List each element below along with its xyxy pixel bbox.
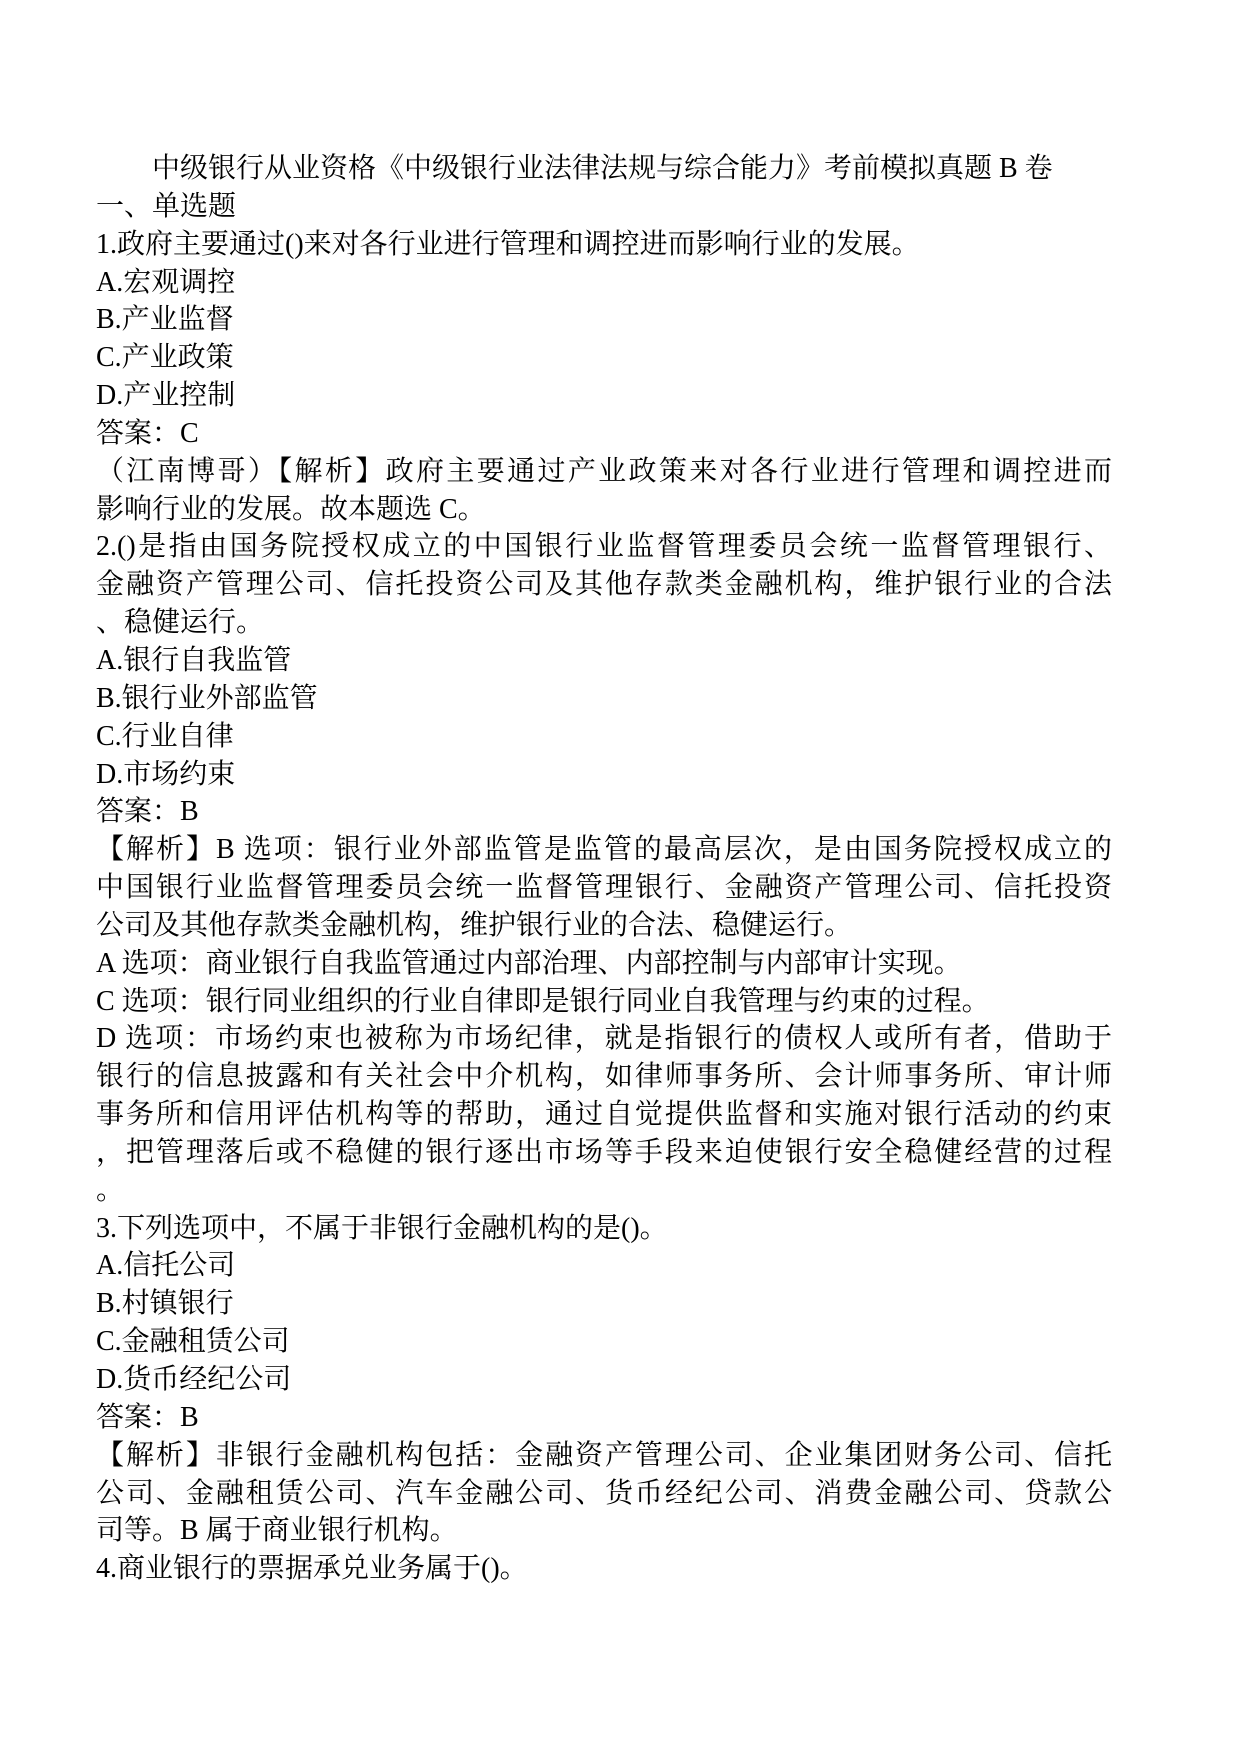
option-line: B.银行业外部监管 — [96, 680, 1112, 718]
explanation-line: 中国银行业监督管理委员会统一监督管理银行、金融资产管理公司、信托投资 — [96, 869, 1112, 907]
explanation-line: 影响行业的发展。故本题选 C。 — [96, 491, 1112, 529]
explanation-line: 公司及其他存款类金融机构，维护银行业的合法、稳健运行。 — [96, 907, 1112, 945]
question-line: 3.下列选项中，不属于非银行金融机构的是()。 — [96, 1210, 1112, 1248]
explanation-line: 【解析】B 选项：银行业外部监管是监管的最高层次，是由国务院授权成立的 — [96, 831, 1112, 869]
option-line: D.货币经纪公司 — [96, 1361, 1112, 1399]
heading-line: 一、单选题 — [96, 188, 1112, 226]
question-line: 1.政府主要通过()来对各行业进行管理和调控进而影响行业的发展。 — [96, 226, 1112, 264]
option-line: D.市场约束 — [96, 756, 1112, 794]
answer-line: 答案：C — [96, 415, 1112, 453]
explanation-line: 银行的信息披露和有关社会中介机构，如律师事务所、会计师事务所、审计师 — [96, 1058, 1112, 1096]
option-line: D.产业控制 — [96, 377, 1112, 415]
explanation-line: 事务所和信用评估机构等的帮助，通过自觉提供监督和实施对银行活动的约束 — [96, 1096, 1112, 1134]
document-page: 中级银行从业资格《中级银行业法律法规与综合能力》考前模拟真题 B 卷一、单选题1… — [0, 0, 1240, 1754]
option-line: A.银行自我监管 — [96, 642, 1112, 680]
explanation-line: D 选项：市场约束也被称为市场纪律，就是指银行的债权人或所有者，借助于 — [96, 1020, 1112, 1058]
explanation-line: 司等。B 属于商业银行机构。 — [96, 1512, 1112, 1550]
option-line: C.金融租赁公司 — [96, 1323, 1112, 1361]
explanation-line: （江南博哥）【解析】政府主要通过产业政策来对各行业进行管理和调控进而 — [96, 453, 1112, 491]
explanation-line: 【解析】非银行金融机构包括：金融资产管理公司、企业集团财务公司、信托 — [96, 1437, 1112, 1475]
question-line: 、稳健运行。 — [96, 604, 1112, 642]
explanation-line: 。 — [96, 1172, 1112, 1210]
option-line: C.产业政策 — [96, 339, 1112, 377]
question-line: 2.()是指由国务院授权成立的中国银行业监督管理委员会统一监督管理银行、 — [96, 528, 1112, 566]
question-line: 金融资产管理公司、信托投资公司及其他存款类金融机构，维护银行业的合法 — [96, 566, 1112, 604]
option-line: B.村镇银行 — [96, 1285, 1112, 1323]
option-line: C.行业自律 — [96, 718, 1112, 756]
option-line: A.信托公司 — [96, 1247, 1112, 1285]
explanation-line: 公司、金融租赁公司、汽车金融公司、货币经纪公司、消费金融公司、贷款公 — [96, 1475, 1112, 1513]
answer-line: 答案：B — [96, 793, 1112, 831]
option-line: B.产业监督 — [96, 301, 1112, 339]
document-body: 中级银行从业资格《中级银行业法律法规与综合能力》考前模拟真题 B 卷一、单选题1… — [96, 150, 1112, 1588]
question-line: 4.商业银行的票据承兑业务属于()。 — [96, 1550, 1112, 1588]
explanation-line: ，把管理落后或不稳健的银行逐出市场等手段来迫使银行安全稳健经营的过程 — [96, 1134, 1112, 1172]
explanation-line: A 选项：商业银行自我监管通过内部治理、内部控制与内部审计实现。 — [96, 945, 1112, 983]
title-line: 中级银行从业资格《中级银行业法律法规与综合能力》考前模拟真题 B 卷 — [96, 150, 1112, 188]
explanation-line: C 选项：银行同业组织的行业自律即是银行同业自我管理与约束的过程。 — [96, 983, 1112, 1021]
option-line: A.宏观调控 — [96, 264, 1112, 302]
answer-line: 答案：B — [96, 1399, 1112, 1437]
